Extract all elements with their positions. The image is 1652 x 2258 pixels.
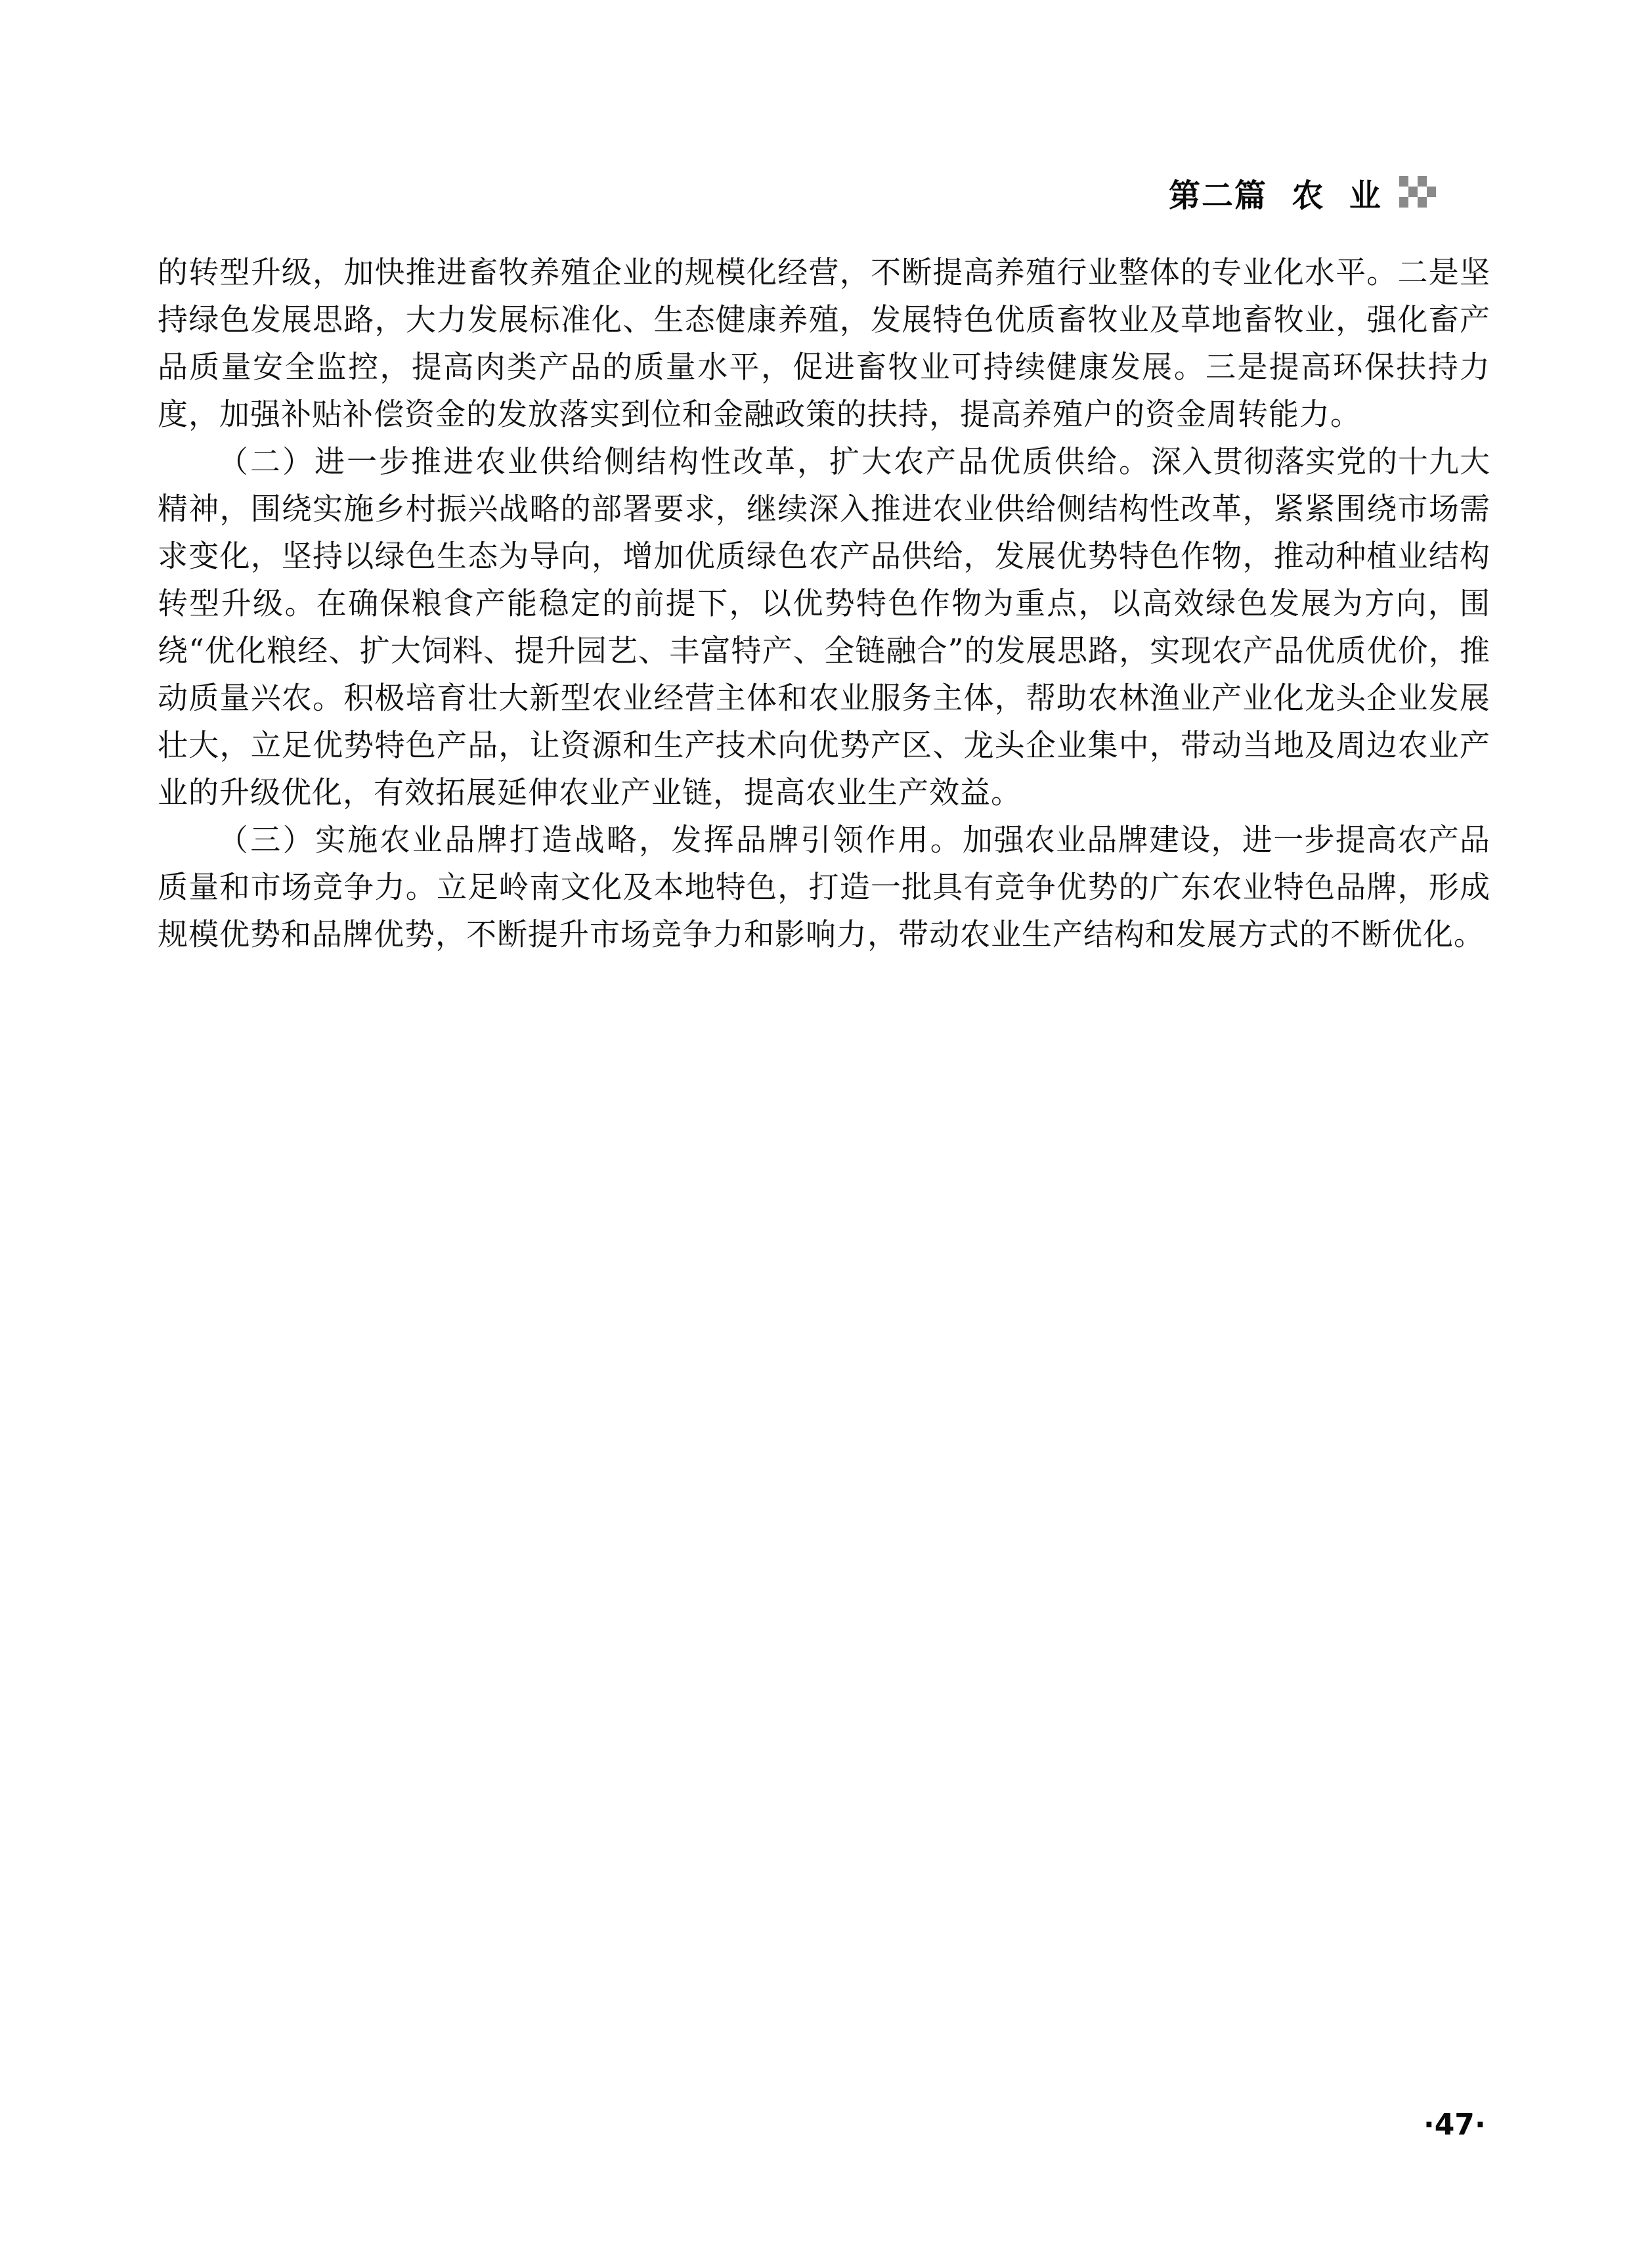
paragraph-continuation: 的转型升级，加快推进畜牧养殖企业的规模化经营，不断提高养殖行业整体的专业化水平。… <box>158 248 1490 437</box>
paragraph-heading: （二）进一步推进农业供给侧结构性改革，扩大农产品优质供给。 <box>218 443 1151 479</box>
paragraph-text: 的转型升级，加快推进畜牧养殖企业的规模化经营，不断提高养殖行业整体的专业化水平。… <box>158 254 1490 432</box>
page-number: ·47· <box>1424 2108 1486 2142</box>
checker-pattern-icon <box>1399 176 1436 209</box>
paragraph-text: 深入贯彻落实党的十九大精神，围绕实施乡村振兴战略的部署要求，继续深入推进农业供给… <box>158 443 1490 810</box>
paragraph-supply-reform: （二）进一步推进农业供给侧结构性改革，扩大农产品优质供给。深入贯彻落实党的十九大… <box>158 437 1490 816</box>
running-header: 第二篇 农 业 <box>1169 169 1436 215</box>
paragraph-heading: （三）实施农业品牌打造战略，发挥品牌引领作用。 <box>218 822 963 857</box>
paragraph-brand-strategy: （三）实施农业品牌打造战略，发挥品牌引领作用。加强农业品牌建设，进一步提高农产品… <box>158 816 1490 958</box>
chapter-title: 第二篇 农 业 <box>1169 170 1382 215</box>
body-text: 的转型升级，加快推进畜牧养殖企业的规模化经营，不断提高养殖行业整体的专业化水平。… <box>158 248 1490 958</box>
